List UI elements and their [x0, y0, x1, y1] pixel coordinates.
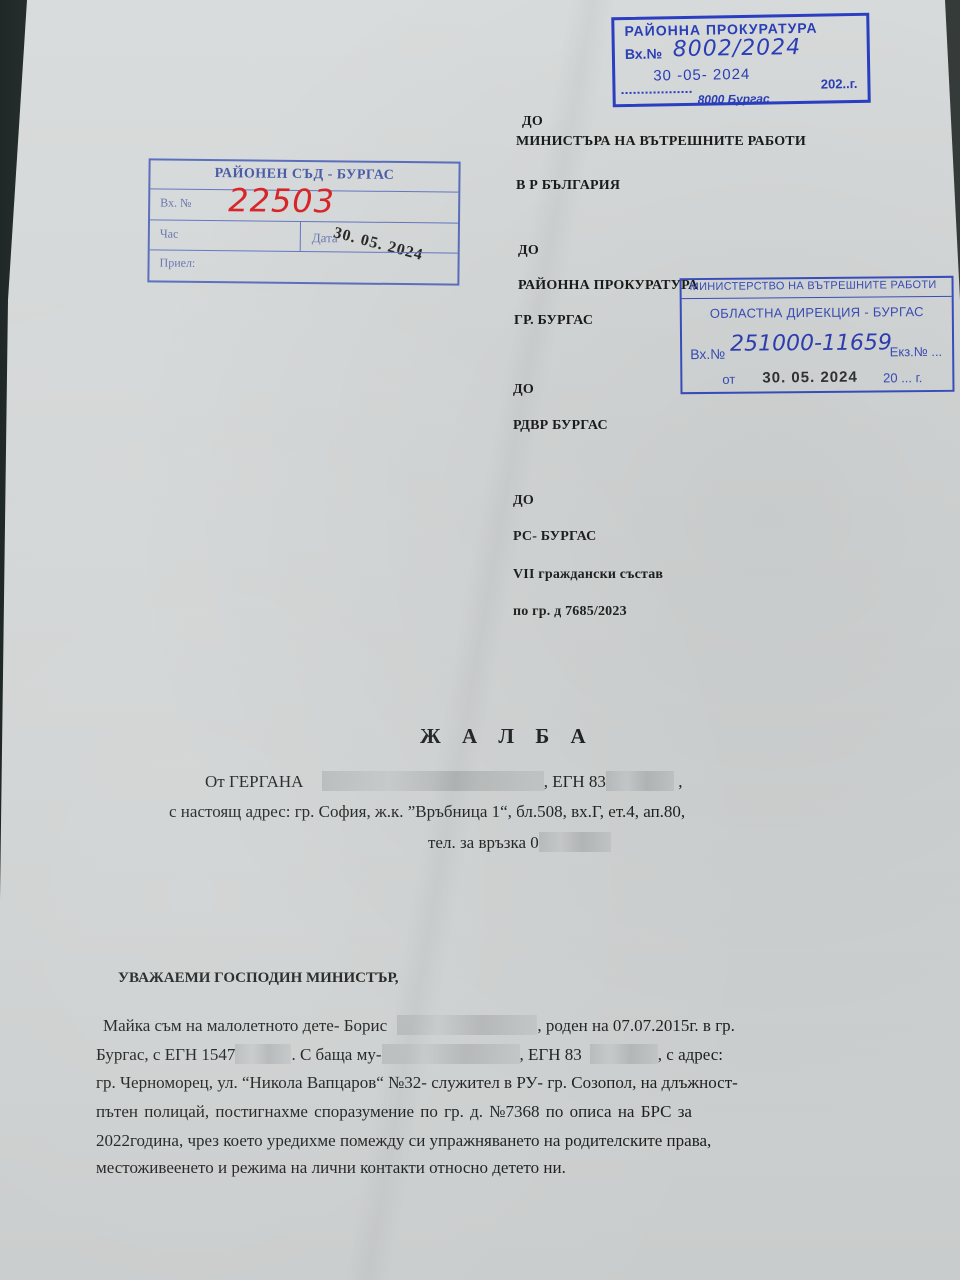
addressee-3-line-1: РДВР БУРГАС	[513, 418, 608, 434]
stamp-prosecutor-number-label: Вх.№	[625, 45, 662, 62]
body-text: , ЕГН 83	[520, 1045, 582, 1064]
document-title: Ж А Л Б А	[420, 724, 594, 749]
body-line-4: пътен полицай, постигнахме споразумение …	[96, 1102, 692, 1122]
stamp-prosecutor: РАЙОННА ПРОКУРАТУРА Вх.№ 8002/2024 30 -0…	[611, 13, 871, 107]
stamp-court-date: 30. 05. 2024	[331, 224, 425, 265]
addressee-4-to: ДО	[513, 493, 534, 509]
addressee-4-line-2: VII граждански състав	[513, 567, 663, 583]
sender-address: с настоящ адрес: гр. София, ж.к. ”Връбни…	[169, 802, 685, 822]
stamp-prosecutor-year: 202..г.	[821, 76, 858, 92]
redacted-surname	[322, 771, 544, 791]
stamp-ministry: МИНИСТЕРСТВО НА ВЪТРЕШНИТЕ РАБОТИ ОБЛАСТ…	[679, 276, 954, 394]
sender-phone-label: тел. за връзка 0	[428, 833, 539, 852]
addressee-1-line-2: В Р БЪЛГАРИЯ	[516, 178, 620, 194]
body-line-1: Майка съм на малолетното дете- Борис , р…	[103, 1015, 735, 1036]
redacted-father-name	[382, 1044, 520, 1064]
body-text: . С баща му-	[291, 1045, 381, 1064]
stamp-ministry-header: ОБЛАСТНА ДИРЕКЦИЯ - БУРГАС	[682, 304, 952, 321]
salutation: УВАЖАЕМИ ГОСПОДИН МИНИСТЪР,	[118, 970, 399, 987]
stamp-ministry-copy-label: Екз.№ ...	[890, 344, 943, 359]
stamp-court-divider	[150, 249, 458, 253]
stamp-court-number-label: Вх. №	[160, 195, 191, 210]
body-text: , роден на 07.07.2015г. в гр.	[537, 1016, 735, 1035]
stamp-prosecutor-header: РАЙОННА ПРОКУРАТУРА	[624, 20, 817, 39]
stamp-court-divider	[150, 188, 458, 192]
redacted-child-surname	[397, 1015, 537, 1035]
stamp-court-vertical-divider	[300, 222, 301, 252]
stamp-court-date-label: Дата	[312, 230, 338, 246]
addressee-1-line-1: МИНИСТЪРА НА ВЪТРЕШНИТЕ РАБОТИ	[516, 134, 806, 150]
stamp-prosecutor-date: 30 -05- 2024	[653, 66, 750, 85]
redacted-phone	[539, 832, 611, 852]
stamp-ministry-divider	[682, 296, 952, 299]
body-line-6: местоживеенето и режима на лични контакт…	[96, 1158, 566, 1178]
stamp-ministry-year: 20 ... г.	[883, 370, 922, 385]
body-line-3: гр. Черноморец, ул. “Никола Вапцаров“ №3…	[96, 1073, 738, 1093]
stamp-prosecutor-number: 8002/2024	[673, 35, 802, 62]
stamp-prosecutor-dotted-line	[622, 91, 692, 94]
addressee-4-line-1: РС- БУРГАС	[513, 529, 597, 545]
sender-phone-line: тел. за връзка 0	[428, 832, 611, 853]
stamp-court-divider	[150, 219, 458, 223]
paper-sheet: ДО МИНИСТЪРА НА ВЪТРЕШНИТЕ РАБОТИ В Р БЪ…	[0, 0, 960, 1280]
addressee-2-to: ДО	[518, 243, 539, 259]
stamp-ministry-from-label: от	[722, 372, 735, 387]
stamp-ministry-date: 30. 05. 2024	[762, 369, 858, 387]
stamp-court-header: РАЙОНЕН СЪД - БУРГАС	[150, 165, 458, 184]
redacted-father-egn	[590, 1044, 658, 1064]
redacted-egn	[606, 771, 674, 791]
stamp-court-received-label: Приел:	[159, 255, 195, 270]
addressee-2-line-1: РАЙОННА ПРОКУРАТУРА	[518, 278, 698, 294]
stamp-court: РАЙОНЕН СЪД - БУРГАС Вх. № 22503 Час Дат…	[147, 158, 460, 285]
stamp-ministry-top: МИНИСТЕРСТВО НА ВЪТРЕШНИТЕ РАБОТИ	[690, 279, 937, 293]
stamp-ministry-number-label: Вх.№	[690, 346, 725, 362]
body-text: Бургас, с ЕГН 1547	[96, 1045, 235, 1064]
addressee-4-line-3: по гр. д 7685/2023	[513, 604, 627, 620]
addressee-1-to: ДО	[522, 114, 543, 130]
body-line-2: Бургас, с ЕГН 1547. С баща му-, ЕГН 83, …	[96, 1044, 723, 1065]
stamp-court-number: 22503	[228, 181, 335, 220]
sender-trailing-comma: ,	[678, 772, 682, 791]
sender-name: От ГЕРГАНА	[205, 772, 303, 791]
addressee-2-line-2: ГР. БУРГАС	[514, 313, 593, 329]
sender-line: От ГЕРГАНА , ЕГН 83 ,	[205, 771, 682, 792]
body-text: Майка съм на малолетното дете- Борис	[103, 1016, 387, 1035]
addressee-3-to: ДО	[513, 382, 534, 398]
stamp-prosecutor-city: 8000 Бургас	[698, 92, 770, 107]
body-text: , с адрес:	[658, 1045, 723, 1064]
redacted-child-egn	[235, 1044, 291, 1064]
body-line-5: 2022година, чрез което уредихме помежду …	[96, 1131, 711, 1151]
stamp-court-hour-label: Час	[160, 226, 179, 241]
sender-egn-label: , ЕГН 83	[544, 772, 606, 791]
stamp-ministry-number: 251000-11659	[730, 330, 892, 356]
